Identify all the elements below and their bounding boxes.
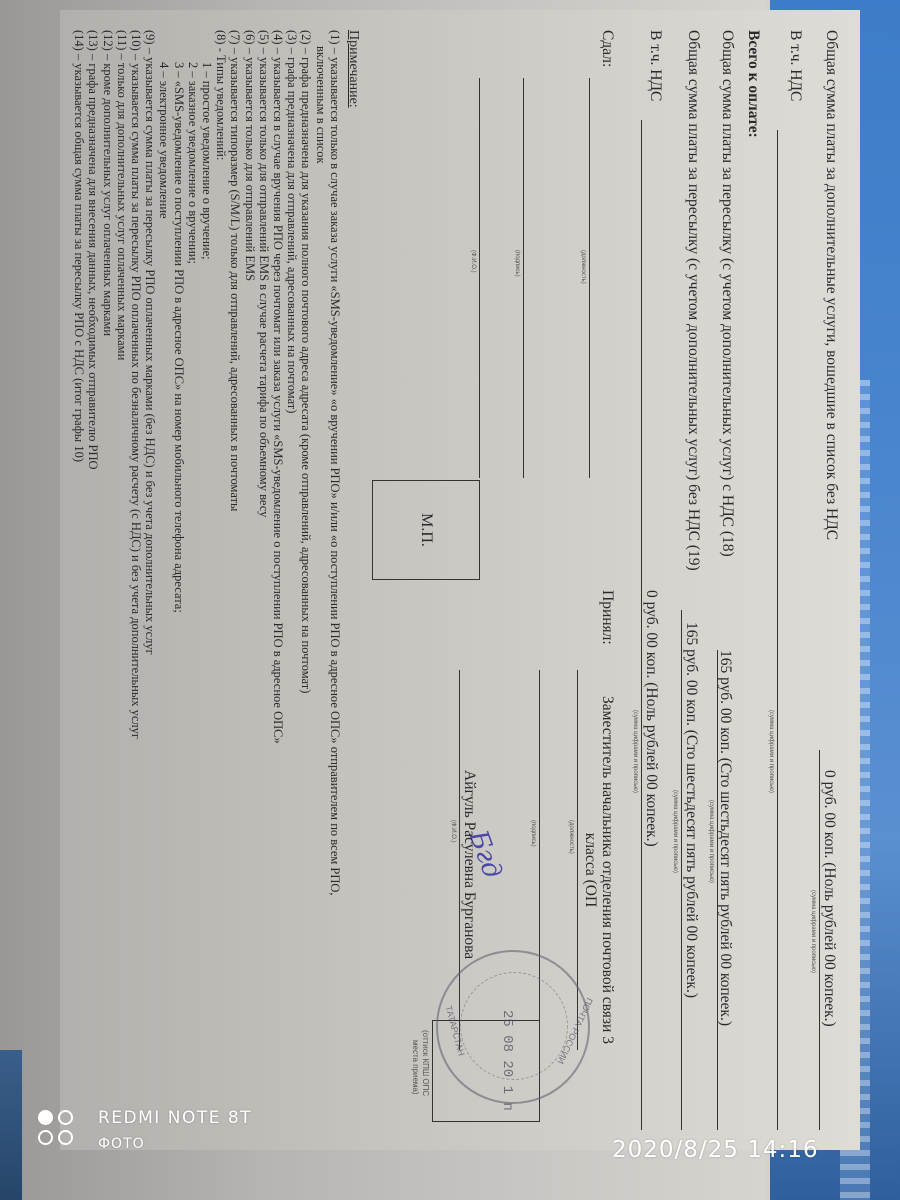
receiver-signature-hint: (подпись) bbox=[530, 820, 536, 847]
vat-value: 0 руб. 00 коп. (Ноль рублей 00 копеек.) bbox=[642, 590, 660, 847]
note-item: 3 – «SMS-уведомление о поступлении РПО в… bbox=[171, 30, 185, 896]
field-hint: (сумма цифрами и прописью) bbox=[672, 790, 678, 873]
note-item: (4) – указывается в случае вручения РПО … bbox=[271, 30, 285, 896]
table-edge bbox=[0, 1050, 22, 1200]
receiver-name: Айгуль Расулевна Бурганова bbox=[460, 770, 478, 959]
note-item: 2 – заказное уведомление о вручении; bbox=[186, 30, 200, 896]
field-hint: (сумма цифрами и прописью) bbox=[708, 800, 714, 883]
postmark-date: 25 08 20 1 п bbox=[499, 1010, 515, 1111]
note-item: 4 – электронное уведомление bbox=[157, 30, 171, 896]
note-item: (14) – указывается общая сумма платы за … bbox=[72, 30, 86, 896]
note-item: (3) – графа предназначена для отправлени… bbox=[285, 30, 299, 896]
row-label: Общая сумма платы за пересылку (с учетом… bbox=[719, 30, 736, 557]
note-item: (10) – указывается сумма платы за пересы… bbox=[129, 30, 143, 896]
field-hint: (сумма цифрами и прописью) bbox=[632, 710, 638, 793]
additional-services-value: 0 руб. 00 коп. (Ноль рублей 00 копеек.) bbox=[820, 770, 838, 1027]
receiver-name-hint: (Ф.И.О.) bbox=[450, 820, 456, 843]
receiver-position-hint: (должность) bbox=[568, 820, 574, 854]
note-item: (8) - Типы уведомлений: bbox=[214, 30, 228, 896]
postal-form-page: Общая сумма платы за дополнительные услу… bbox=[60, 10, 860, 1150]
row-shipping-with-vat: Общая сумма платы за пересылку (с учетом… bbox=[718, 30, 736, 557]
sender-name-line bbox=[479, 78, 480, 478]
note-item: (11) – только для дополнительных услуг о… bbox=[115, 30, 129, 896]
row-shipping-no-vat: Общая сумма платы за пересылку (с учетом… bbox=[684, 30, 702, 571]
postmark-hint-2: места приема) bbox=[411, 1040, 420, 1095]
shipping-no-vat-value: 165 руб. 00 коп. (Сто шестьдесят пять ру… bbox=[682, 622, 700, 998]
row-label: Общая сумма платы за пересылку (с учетом… bbox=[685, 30, 702, 571]
note-item: (5) – указывается только для отправлений… bbox=[257, 30, 271, 896]
camera-mode: ФОТО bbox=[98, 1136, 145, 1152]
note-item: (7) – указывается типоразмер (S/M/L) тол… bbox=[228, 30, 242, 896]
note-item: (13) – графа предназначена для внесения … bbox=[86, 30, 100, 896]
note-item: 1 – простое уведомление о вручение; bbox=[200, 30, 214, 896]
photo-datetime: 2020/8/25 14:16 bbox=[612, 1137, 819, 1163]
sender-signature-line bbox=[523, 78, 524, 478]
sender-position-hint: (должность) bbox=[580, 250, 586, 284]
field-hint: (сумма цифрами и прописью) bbox=[810, 890, 816, 973]
notes-list: (1) – указывается только в случае заказа… bbox=[72, 30, 342, 896]
row-label: В т.ч. НДС bbox=[647, 30, 664, 101]
note-item: (6) – указывается только для отправлений… bbox=[242, 30, 256, 896]
seal-label: М.П. bbox=[417, 513, 435, 547]
note-item: включенным в список bbox=[313, 30, 327, 896]
row-total-to-pay: Всего к оплате: bbox=[744, 30, 762, 138]
seal-box: М.П. bbox=[372, 480, 480, 580]
notes-section: Примечание: (1) – указывается только в с… bbox=[72, 30, 360, 896]
row-vat-1: В т.ч. НДС bbox=[786, 30, 804, 101]
sender-signature-hint: (подпись) bbox=[514, 250, 520, 277]
note-item: (2) – графа предназначена для указания п… bbox=[299, 30, 313, 896]
shipping-with-vat-value: 165 руб. 00 коп. (Сто шестьдесят пять ру… bbox=[716, 650, 734, 1026]
sender-label: Сдал: bbox=[598, 30, 616, 67]
notes-title: Примечание: bbox=[346, 30, 360, 896]
row-additional-services-no-vat: Общая сумма платы за дополнительные услу… bbox=[822, 30, 840, 540]
row-label: Всего к оплате: bbox=[745, 30, 762, 138]
dual-camera-logo-icon bbox=[38, 1110, 82, 1154]
device-model: REDMI NOTE 8T bbox=[98, 1108, 252, 1128]
note-item: (1) – указывается только в случае заказа… bbox=[328, 30, 342, 896]
row-vat-2: В т.ч. НДС bbox=[646, 30, 664, 101]
row-label: Общая сумма платы за дополнительные услу… bbox=[823, 30, 840, 540]
sender-position-line bbox=[589, 78, 590, 478]
note-item: (9) – указывается сумма платы за пересыл… bbox=[143, 30, 157, 896]
field-hint: (сумма цифрами и прописью) bbox=[768, 710, 774, 793]
field-line bbox=[777, 130, 778, 1130]
postmark-hint-1: (оттиск КПШ ОПС bbox=[421, 1030, 430, 1096]
sender-name-hint: (Ф.И.О.) bbox=[470, 250, 476, 273]
row-label: В т.ч. НДС bbox=[787, 30, 804, 101]
note-item: (12) – кроме дополнительных услуг оплаче… bbox=[100, 30, 114, 896]
receiver-label: Принял: bbox=[598, 590, 616, 645]
